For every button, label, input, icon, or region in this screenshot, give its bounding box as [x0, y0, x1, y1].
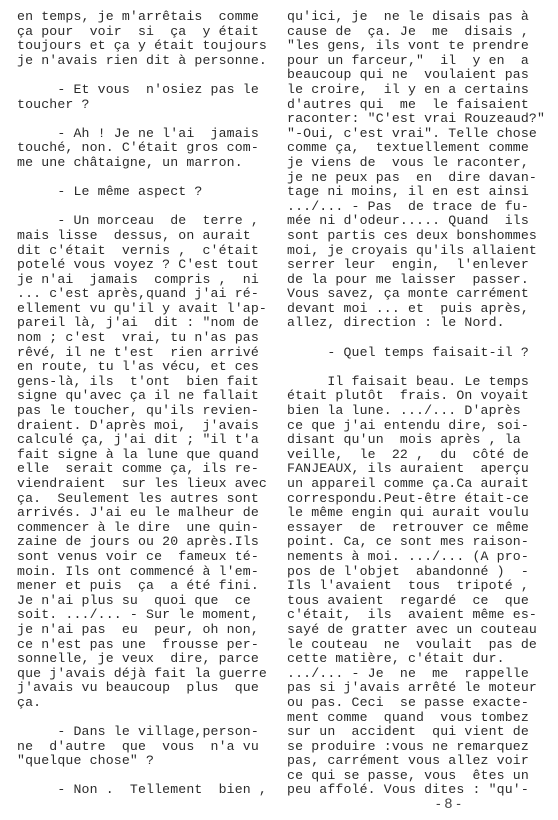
text-line: elle serait comme ça, ils re- [17, 462, 265, 477]
text-line: dit c'était vernis , c'était [17, 244, 265, 259]
text-line: FANJEAUX, ils auraient aperçu [287, 462, 545, 477]
paragraph-gap [17, 200, 265, 215]
text-line: sonnelle, je veux dire, parce [17, 652, 265, 667]
text-line: - Quel temps faisait-il ? [287, 346, 545, 361]
text-line: je viens de vous le raconter, [287, 156, 545, 171]
text-line: de la pour me laisser passer. [287, 273, 545, 288]
text-line: pas si j'avais arrêté le moteur [287, 681, 545, 696]
text-line: Vous savez, ça monte carrément [287, 287, 545, 302]
text-line: était plutôt frais. On voyait [287, 389, 545, 404]
text-line: calculé ça, j'ai dit ; "il t'a [17, 433, 265, 448]
text-line: commencer à le dire une quin- [17, 521, 265, 536]
text-line: "les gens, ils vont te prendre [287, 39, 545, 54]
text-line: pas le toucher, qu'ils revien- [17, 404, 265, 419]
text-line: je ne peux pas en dire davan- [287, 171, 545, 186]
text-line: essayer de retrouver ce même [287, 521, 545, 536]
text-line: c'était, ils avaient même es- [287, 608, 545, 623]
text-line: tage ni moins, il en est ainsi [287, 185, 545, 200]
text-line: toujours et ça y était toujours [17, 39, 265, 54]
text-line: touché, non. C'était gros com- [17, 141, 265, 156]
text-line: correspondu.Peut-être était-ce [287, 492, 545, 507]
text-line: potelé vous voyez ? C'est tout [17, 258, 265, 273]
text-line: mener et puis ça a été fini. [17, 579, 265, 594]
text-line: soit. .../... - Sur le moment, [17, 608, 265, 623]
text-line: - Le même aspect ? [17, 185, 265, 200]
text-line: ellement vu qu'il y avait l'ap- [17, 302, 265, 317]
text-line: signe qu'avec ça il ne fallait [17, 389, 265, 404]
text-line: - Et vous n'osiez pas le [17, 83, 265, 98]
text-line: bien la lune. .../... D'après [287, 404, 545, 419]
text-line: ça. [17, 696, 265, 711]
text-line: draient. D'après moi, j'avais [17, 419, 265, 434]
text-line: le croire, il y en a certains [287, 83, 545, 98]
text-line: veille, le 22 , du côté de [287, 448, 545, 463]
paragraph-gap [17, 769, 265, 784]
text-line: ne d'autre que vous n'a vu [17, 740, 265, 755]
text-line: Je n'ai plus su quoi que ce [17, 594, 265, 609]
text-line: ça pour voir si ça y était [17, 25, 265, 40]
text-line: pareil là, j'ai dit : "nom de [17, 316, 265, 331]
text-line: moi, je croyais qu'ils allaient [287, 244, 545, 259]
text-line: point. Ca, ce sont mes raison- [287, 535, 545, 550]
text-line: peu affolé. Vous dites : "qu'- [287, 783, 545, 798]
text-line: pas, carrément vous allez voir [287, 754, 545, 769]
text-line: sur un accident qui vient de [287, 725, 545, 740]
text-line: cause de ça. Je me disais , [287, 25, 545, 40]
text-line: ce que j'ai entendu dire, soi- [287, 419, 545, 434]
text-line: pour un farceur," il y en a [287, 54, 545, 69]
text-line: ... c'est après,quand j'ai ré- [17, 287, 265, 302]
text-line: beaucoup qui ne voulaient pas [287, 68, 545, 83]
text-line: qu'ici, je ne le disais pas à [287, 10, 545, 25]
text-line: Ils l'avaient tous tripoté , [287, 579, 545, 594]
text-line: arrivés. J'ai eu le malheur de [17, 506, 265, 521]
text-line: devant moi ... et puis après, [287, 302, 545, 317]
text-line: .../... - Je ne me rappelle [287, 667, 545, 682]
paragraph-gap [17, 68, 265, 83]
text-line: raconter: "C'est vrai Rouzeaud?" [287, 112, 545, 127]
text-line: rêvé, il ne t'est rien arrivé [17, 346, 265, 361]
text-line: zaine de jours ou 20 après.Ils [17, 535, 265, 550]
text-line: .../... - Pas de trace de fu- [287, 200, 545, 215]
paragraph-gap [287, 360, 545, 375]
text-line: allez, direction : le Nord. [287, 316, 545, 331]
text-line: le même engin qui aurait voulu [287, 506, 545, 521]
text-line: cette matière, c'était dur. [287, 652, 545, 667]
text-line: Il faisait beau. Le temps [287, 375, 545, 390]
left-column: en temps, je m'arrêtais commeça pour voi… [17, 10, 265, 798]
text-line: je n'ai jamais compris , ni [17, 273, 265, 288]
text-line: en route, tu l'as vécu, et ces [17, 360, 265, 375]
paragraph-gap [17, 711, 265, 726]
text-line: me une châtaigne, un marron. [17, 156, 265, 171]
text-line: le couteau ne voulait pas de [287, 638, 545, 653]
paragraph-gap [17, 171, 265, 186]
text-line: - Dans le village,person- [17, 725, 265, 740]
text-line: un appareil comme ça.Ca aurait [287, 477, 545, 492]
text-line: serrer leur engin, l'enlever [287, 258, 545, 273]
text-line: ou pas. Ceci se passe exacte- [287, 696, 545, 711]
text-line: ça. Seulement les autres sont [17, 492, 265, 507]
text-line: ce n'est pas une frousse per- [17, 638, 265, 653]
text-line: mée ni d'odeur..... Quand ils [287, 214, 545, 229]
right-column: qu'ici, je ne le disais pas àcause de ça… [287, 10, 545, 798]
text-line: je n'avais rien dit à personne. [17, 54, 265, 69]
typewritten-page: en temps, je m'arrêtais commeça pour voi… [0, 0, 558, 820]
text-line: tous avaient regardé ce que [287, 594, 545, 609]
text-line: comme ça, textuellement comme [287, 141, 545, 156]
paragraph-gap [287, 331, 545, 346]
text-line: disant qu'un mois après , la [287, 433, 545, 448]
text-line: "quelque chose" ? [17, 754, 265, 769]
text-line: - Un morceau de terre , [17, 214, 265, 229]
page-number: - 8 - [436, 795, 461, 811]
paragraph-gap [17, 112, 265, 127]
text-line: que j'avais déjà fait la guerre [17, 667, 265, 682]
text-line: - Ah ! Je ne l'ai jamais [17, 127, 265, 142]
text-line: ce qui se passe, vous êtes un [287, 769, 545, 784]
text-line: gens-là, ils t'ont bien fait [17, 375, 265, 390]
text-line: sont partis ces deux bonshommes [287, 229, 545, 244]
text-line: nom ; c'est vrai, tu n'as pas [17, 331, 265, 346]
text-line: sayé de gratter avec un couteau [287, 623, 545, 638]
text-line: - Non . Tellement bien , [17, 783, 265, 798]
text-line: moin. Ils ont commencé à l'em- [17, 565, 265, 580]
text-line: viendraient sur les lieux avec [17, 477, 265, 492]
text-line: sont venus voir ce fameux té- [17, 550, 265, 565]
text-line: toucher ? [17, 98, 265, 113]
text-line: "-Oui, c'est vrai". Telle chose [287, 127, 545, 142]
text-line: se produire :vous ne remarquez [287, 740, 545, 755]
text-line: d'autres qui me le faisaient [287, 98, 545, 113]
text-line: ment comme quand vous tombez [287, 711, 545, 726]
text-line: nements à moi. .../... (A pro- [287, 550, 545, 565]
text-line: fait signe à la lune que quand [17, 448, 265, 463]
text-line: j'avais vu beaucoup plus que [17, 681, 265, 696]
text-line: mais lisse dessus, on aurait [17, 229, 265, 244]
text-line: en temps, je m'arrêtais comme [17, 10, 265, 25]
text-line: pos de l'objet abandonné ) - [287, 565, 545, 580]
text-line: je n'ai pas eu peur, oh non, [17, 623, 265, 638]
